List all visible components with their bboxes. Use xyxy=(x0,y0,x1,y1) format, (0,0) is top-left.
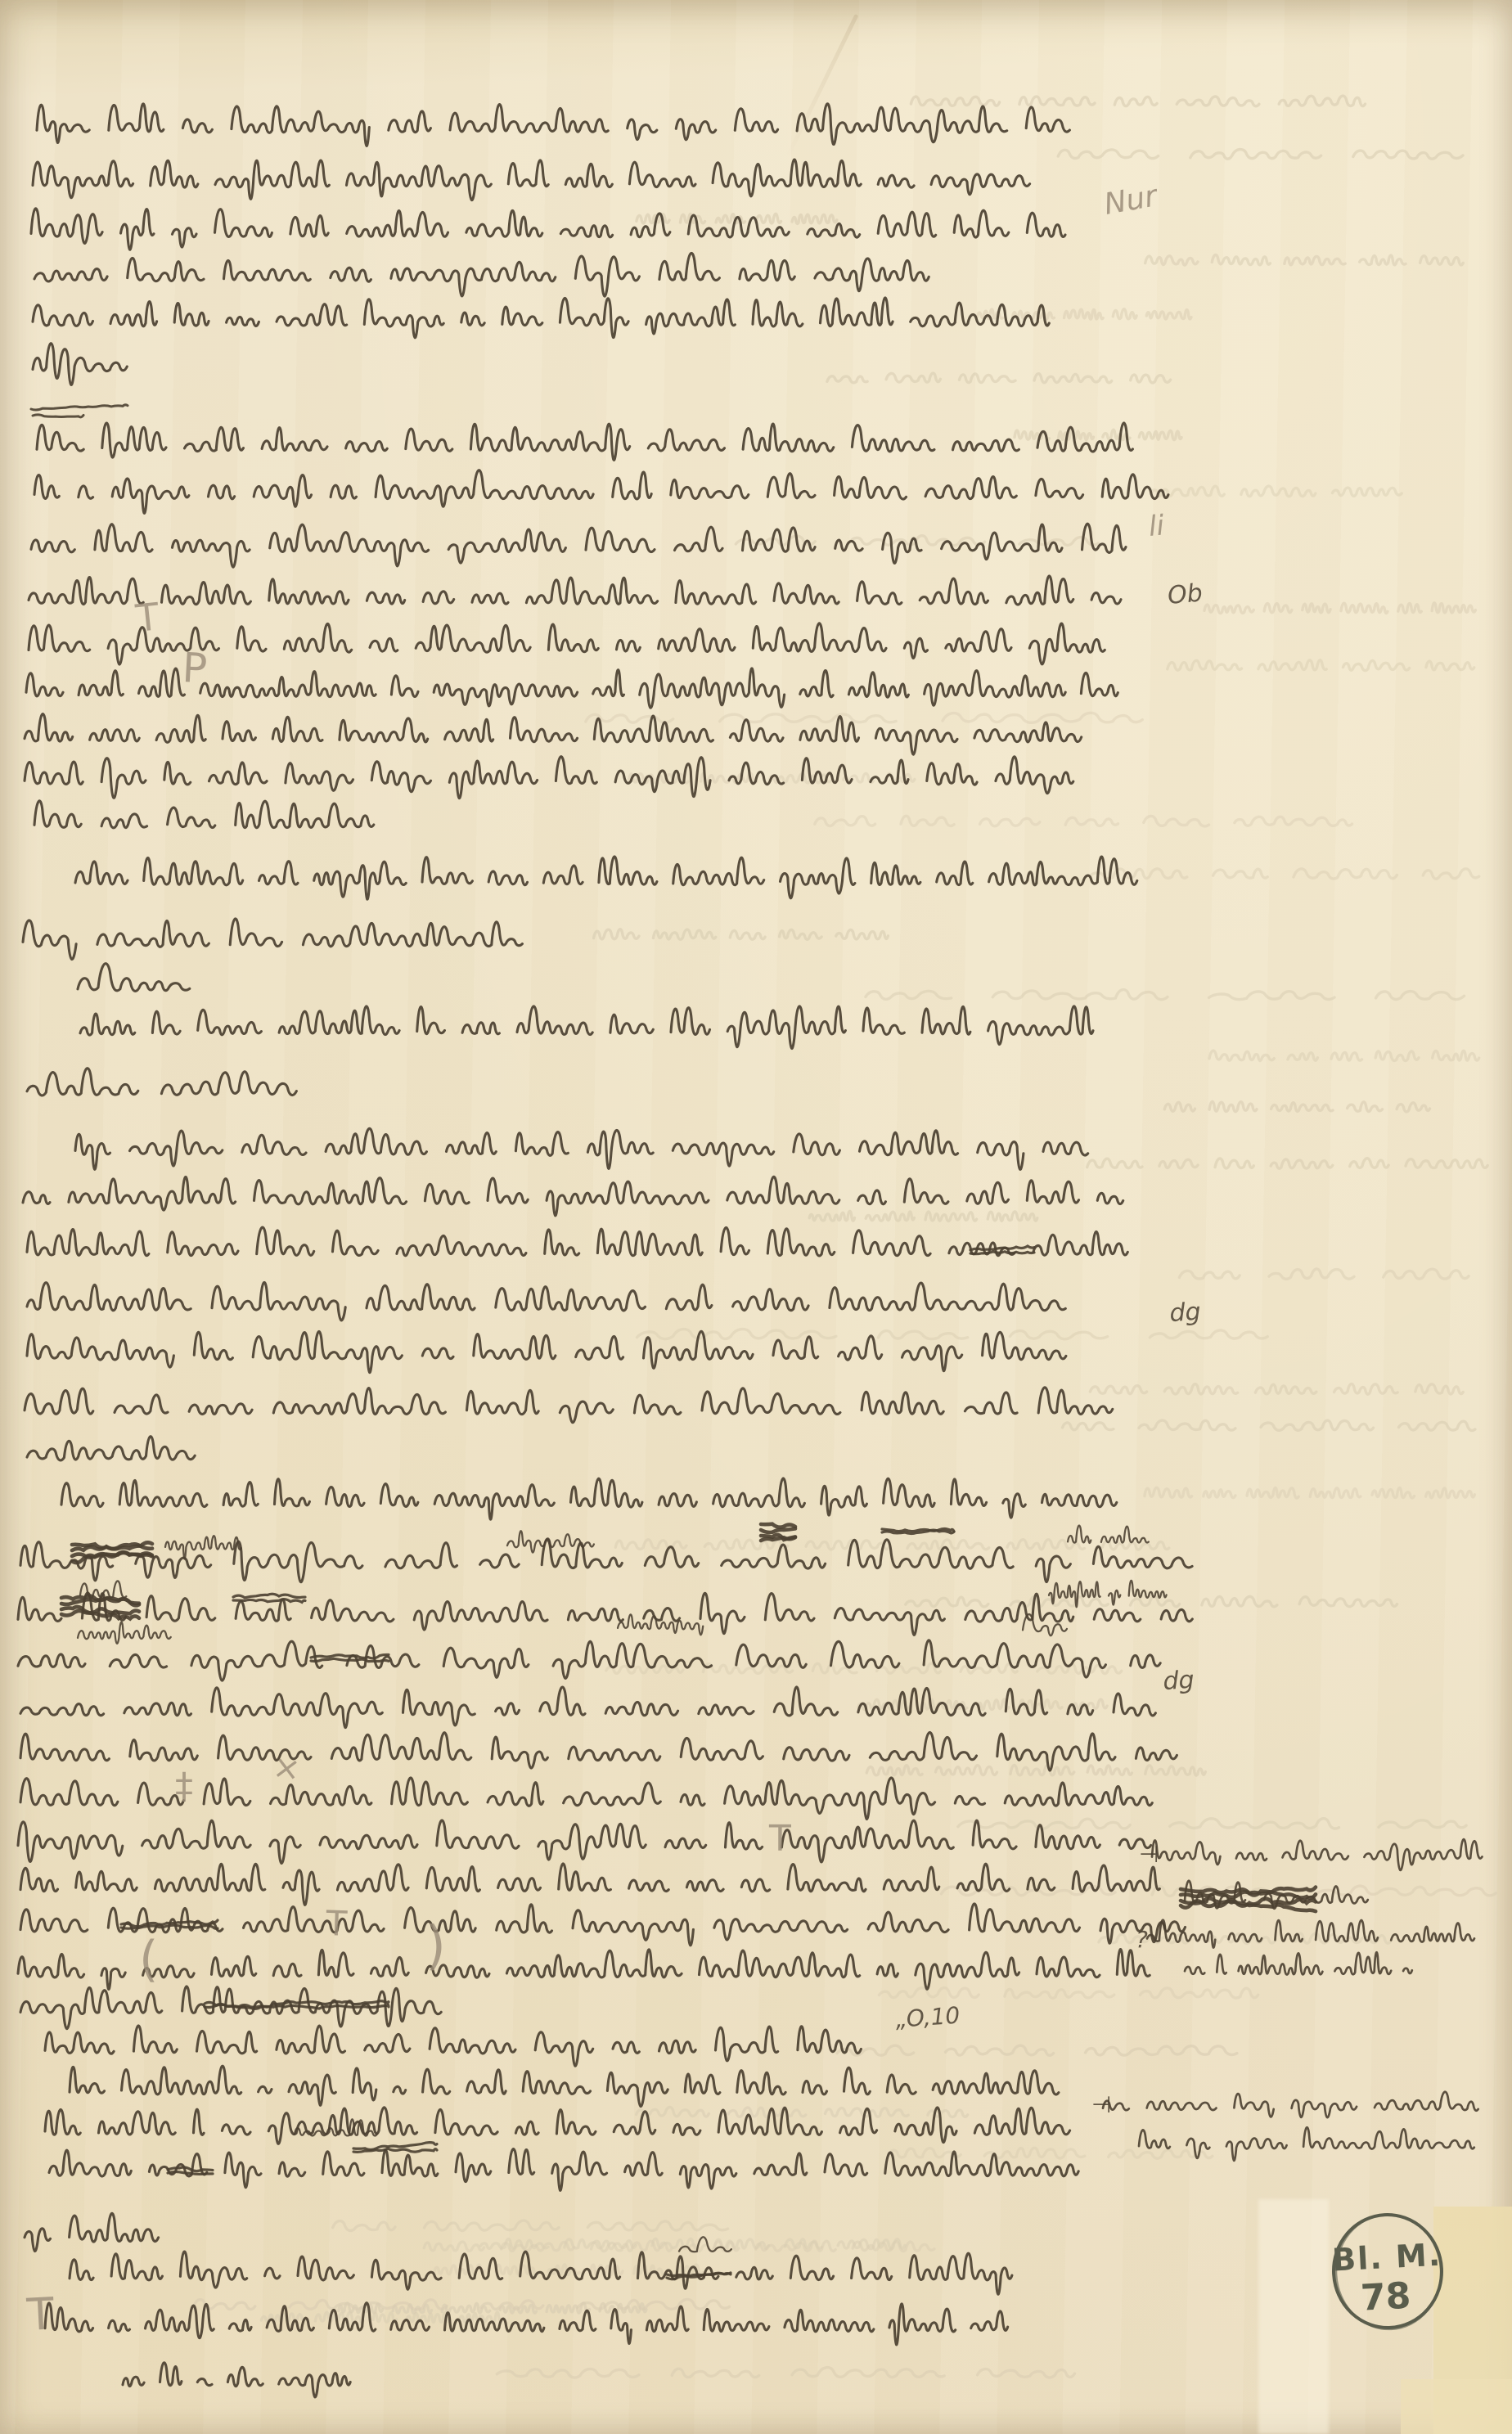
ink-line xyxy=(75,1128,1088,1169)
stamp-folio-number: 78 xyxy=(1360,2275,1412,2319)
bleedthrough-line xyxy=(615,1540,1169,1550)
ink-line xyxy=(29,576,1121,605)
bleedthrough-line xyxy=(481,2238,905,2248)
ink-line xyxy=(27,1227,1127,1256)
bleedthrough-layer xyxy=(193,96,1496,2378)
bleedthrough-line xyxy=(637,2107,968,2117)
bleedthrough-line xyxy=(977,309,1191,319)
pencil-caret-mark: T xyxy=(768,1818,791,1860)
ink-line xyxy=(20,1733,1177,1771)
ink-line xyxy=(25,757,1073,799)
bleedthrough-line xyxy=(1179,1269,1469,1279)
ink-line xyxy=(18,1593,1192,1635)
ink-line xyxy=(25,1388,1113,1423)
ink-line xyxy=(27,1437,195,1460)
ink-annotation: ⊣ xyxy=(1091,2091,1111,2118)
ink-line xyxy=(20,1864,1159,1905)
ink-line xyxy=(27,1282,1065,1320)
handwriting-layer: Obdgdg„O,10⊣?⊣ xyxy=(18,104,1483,2397)
margin-note-line xyxy=(1103,2092,1478,2117)
ink-line xyxy=(18,1640,1160,1680)
pencil-caret-mark: T xyxy=(133,594,162,641)
ink-line xyxy=(25,2213,159,2251)
ink-line xyxy=(33,160,1030,200)
bleedthrough-line xyxy=(958,1819,1466,1829)
pencil-caret-mark: P xyxy=(181,644,208,692)
strikethrough-mark xyxy=(353,2143,437,2150)
underline-mark xyxy=(33,415,83,417)
ink-line xyxy=(75,857,1137,899)
bleedthrough-line xyxy=(880,1988,1258,1999)
underline-mark xyxy=(31,405,128,410)
bleedthrough-line xyxy=(809,1211,1037,1221)
ink-annotation: dg xyxy=(1163,1666,1195,1696)
manuscript-svg: Obdgdg„O,10⊣?⊣ NurliTP×‡TT()T Bl. M. 78 xyxy=(0,0,1512,2434)
ink-line xyxy=(123,2363,350,2397)
margin-note-line xyxy=(1185,1952,1412,1974)
bleedthrough-line xyxy=(594,929,889,939)
ink-line xyxy=(25,714,1082,755)
bleedthrough-line xyxy=(637,1329,1268,1339)
margin-note-line xyxy=(1147,1920,1474,1948)
strikethrough-mark xyxy=(233,1599,305,1603)
insert-word xyxy=(165,1536,241,1559)
bleedthrough-line xyxy=(1058,150,1463,160)
pencil-caret-mark: T xyxy=(325,1903,349,1944)
bleedthrough-line xyxy=(1145,254,1464,265)
insert-word xyxy=(618,1614,703,1635)
pencil-caret-mark: ‡ xyxy=(175,1766,193,1807)
strikethrough-mark xyxy=(761,1524,795,1527)
stamp-collection-label: Bl. M. xyxy=(1331,2237,1442,2279)
ink-line xyxy=(37,423,1132,460)
bleedthrough-line xyxy=(911,96,1365,106)
ink-line xyxy=(70,2252,1012,2294)
ink-line xyxy=(31,524,1126,567)
ink-line xyxy=(45,2026,861,2066)
pencil-annotation: Nur xyxy=(1101,179,1161,222)
bleedthrough-line xyxy=(827,373,1171,383)
bleedthrough-line xyxy=(1151,486,1402,497)
ink-line xyxy=(34,470,1168,514)
bleedthrough-line xyxy=(586,713,1142,722)
ink-line xyxy=(70,2066,1059,2106)
ink-annotation: ⊣ xyxy=(1139,1841,1159,1868)
ink-line xyxy=(20,1904,1186,1946)
ink-line xyxy=(33,344,127,385)
bleedthrough-line xyxy=(1063,1420,1475,1430)
strikethrough-mark xyxy=(233,1594,305,1598)
pencil-caret-mark: T xyxy=(25,2288,56,2341)
bleedthrough-line xyxy=(333,2220,728,2230)
pencil-caret-mark: ( xyxy=(139,1931,158,1988)
ink-line xyxy=(31,209,1065,250)
bleedthrough-line xyxy=(1209,1051,1479,1060)
bleedthrough-line xyxy=(1164,1102,1429,1112)
pencil-caret-mark: × xyxy=(271,1748,304,1788)
ink-line xyxy=(78,964,190,992)
ink-line xyxy=(27,1331,1066,1372)
strikethrough-mark xyxy=(311,1658,389,1661)
bleedthrough-line xyxy=(866,1766,1205,1775)
archive-stamp: Bl. M. 78 xyxy=(1330,2212,1446,2333)
ink-line xyxy=(61,1478,1117,1519)
bleedthrough-line xyxy=(888,2148,1213,2158)
strikethrough-mark xyxy=(970,1252,1034,1254)
ink-annotation: „O,10 xyxy=(894,2002,961,2033)
bleedthrough-line xyxy=(1204,603,1475,614)
insert-word xyxy=(78,1622,171,1644)
bleedthrough-line xyxy=(815,816,1352,826)
strikethrough-mark xyxy=(761,1528,795,1532)
ink-line xyxy=(23,1177,1123,1216)
pencil-layer: NurliTP×‡TT()T xyxy=(25,179,1166,2341)
bleedthrough-line xyxy=(1091,869,1479,879)
ink-annotation: Ob xyxy=(1167,578,1204,610)
bleedthrough-line xyxy=(906,1596,1397,1606)
pencil-caret-mark: ) xyxy=(425,1916,446,1977)
pencil-annotation: li xyxy=(1147,509,1166,543)
bleedthrough-line xyxy=(1087,1159,1488,1168)
bleedthrough-line xyxy=(837,2045,1237,2055)
ink-line xyxy=(33,298,1049,338)
manuscript-page: Obdgdg„O,10⊣?⊣ NurliTP×‡TT()T Bl. M. 78 xyxy=(0,0,1512,2434)
bleedthrough-line xyxy=(497,2368,1074,2378)
margin-note-line xyxy=(1152,1839,1483,1870)
ink-annotation: ? xyxy=(1136,1926,1148,1953)
ink-line xyxy=(34,253,929,296)
ink-line xyxy=(80,1006,1093,1049)
ink-line xyxy=(18,1950,1150,1990)
strikethrough-mark xyxy=(761,1537,795,1541)
bleedthrough-line xyxy=(1168,660,1474,671)
ink-annotation: dg xyxy=(1169,1298,1202,1328)
bleedthrough-line xyxy=(1145,1487,1474,1498)
ink-line xyxy=(34,801,374,828)
ink-line xyxy=(37,104,1069,146)
ink-line xyxy=(23,919,522,960)
bleedthrough-line xyxy=(1090,1383,1463,1394)
ink-line xyxy=(27,1069,296,1096)
ink-line xyxy=(45,2108,1070,2144)
bleedthrough-line xyxy=(866,990,1465,1000)
